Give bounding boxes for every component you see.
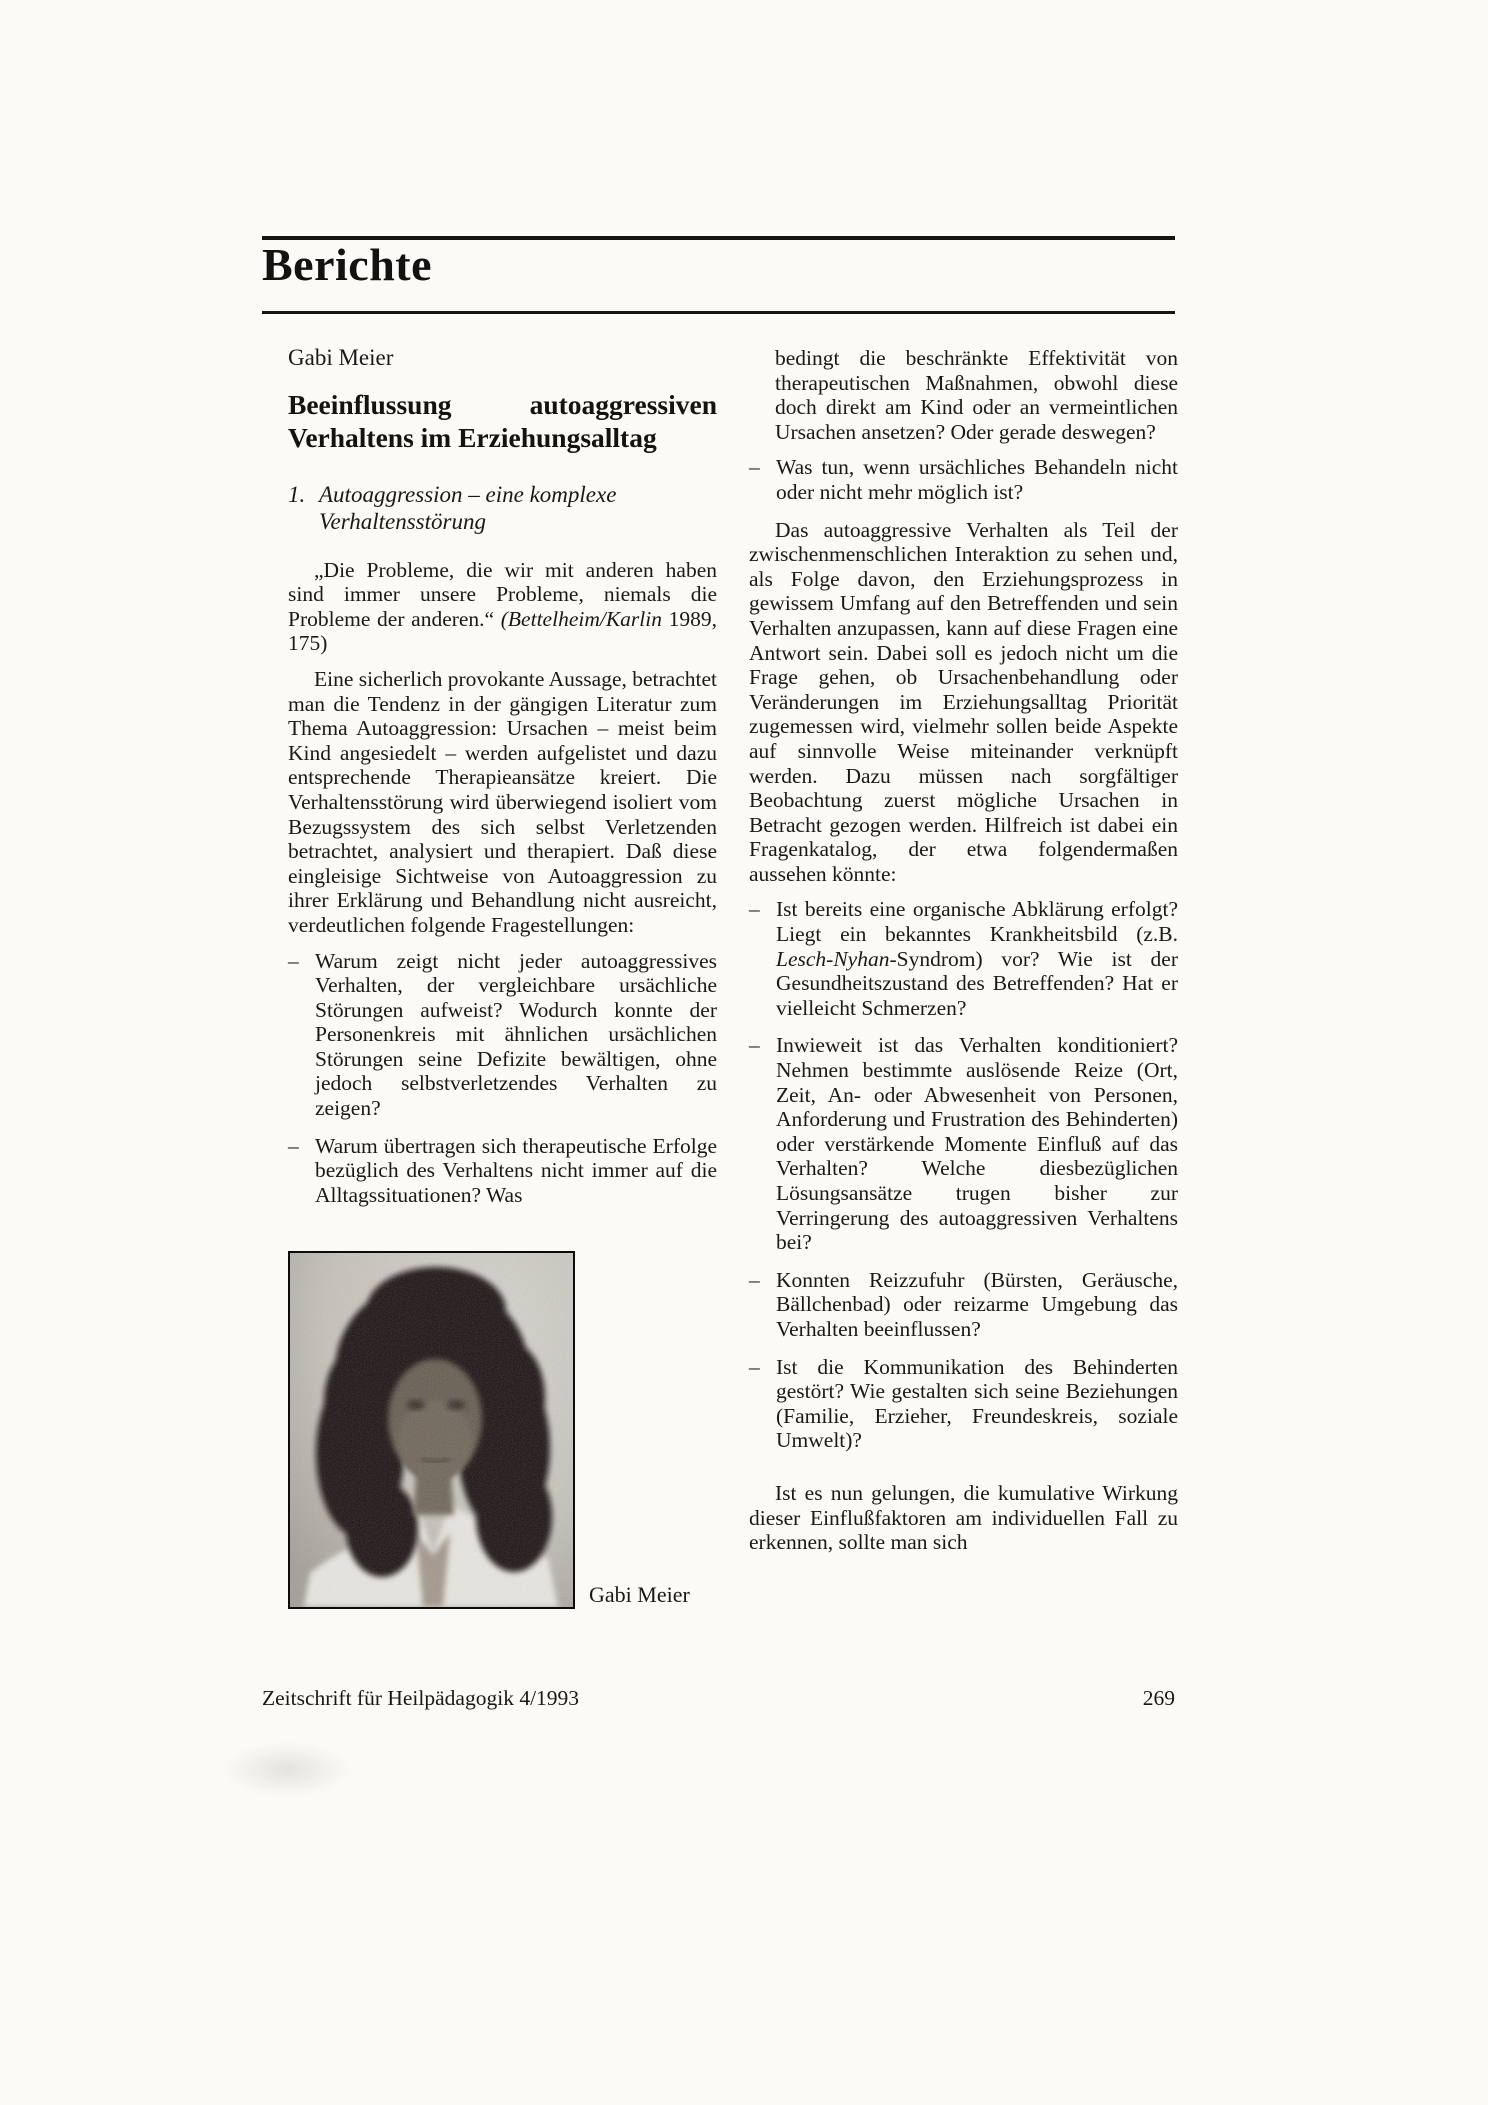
page-number: 269 <box>1143 1686 1175 1711</box>
section-heading-text: Autoaggression – eine komplexe Verhalten… <box>319 482 616 535</box>
paragraph-ist-es-nun: Ist es nun gelungen, die kumulative Wirk… <box>749 1481 1178 1555</box>
question-text: Warum zeigt nicht jeder autoaggressives … <box>315 949 717 1121</box>
article-title: Beeinflussung autoaggressiven Verhaltens… <box>288 388 717 455</box>
question-item-was-tun: – Was tun, wenn ursächliches Behandeln n… <box>749 455 1178 504</box>
syndrome-name: Lesch-Nyhan <box>776 947 889 971</box>
dash-marker: – <box>749 455 760 480</box>
author-photo <box>288 1251 575 1609</box>
header-rule-bottom <box>262 311 1175 314</box>
question-text: Was tun, wenn ursächliches Behandeln nic… <box>776 455 1178 504</box>
dash-marker: – <box>288 949 299 974</box>
dash-marker: – <box>749 1033 760 1058</box>
question-item-organische-abklaerung: – Ist bereits eine organische Abklärung … <box>749 897 1178 1020</box>
question-item-kommunikation: – Ist die Kommunikation des Behinderten … <box>749 1355 1178 1453</box>
paragraph-das-autoaggressive: Das autoaggressive Verhalten als Teil de… <box>749 518 1178 887</box>
author-name: Gabi Meier <box>288 346 717 371</box>
dash-marker: – <box>749 1355 760 1380</box>
journal-page: Berichte Gabi Meier Beeinflussung autoag… <box>0 0 1488 2105</box>
question-text-pre: Ist bereits eine organische Abklärung er… <box>776 897 1178 946</box>
scan-smudge <box>222 1742 352 1797</box>
dash-marker: – <box>288 1134 299 1159</box>
question-item-reizzufuhr: – Konnten Reizzufuhr (Bürsten, Geräusche… <box>749 1268 1178 1342</box>
question-item-konditioniert: – Inwieweit ist das Verhalten konditioni… <box>749 1033 1178 1254</box>
dash-marker: – <box>749 1268 760 1293</box>
quote-citation-authors: (Bettelheim/Karlin <box>501 607 662 631</box>
right-column: bedingt die beschränkte Effektivität von… <box>749 346 1178 1566</box>
dash-marker: – <box>749 897 760 922</box>
section-title: Berichte <box>262 238 432 291</box>
section-heading: 1. Autoaggression – eine komplexe Verhal… <box>288 481 717 536</box>
section-heading-number: 1. <box>288 481 305 509</box>
intro-paragraph: Eine sicherlich provokante Aussage, betr… <box>288 667 717 938</box>
journal-title: Zeitschrift für Heilpädagogik 4/1993 <box>262 1686 579 1711</box>
question-text: Ist die Kommunikation des Behinderten ge… <box>776 1355 1178 1453</box>
question-item-warum-uebertragen: – Warum übertragen sich therapeutische E… <box>288 1134 717 1208</box>
question-text: Inwieweit ist das Verhalten konditionier… <box>776 1033 1178 1254</box>
quote-paragraph: „Die Probleme, die wir mit anderen haben… <box>288 558 717 656</box>
photo-caption: Gabi Meier <box>589 1583 690 1610</box>
question-text: Warum übertragen sich therapeutische Erf… <box>315 1134 717 1207</box>
continuation-paragraph: bedingt die beschränkte Effektivität von… <box>749 346 1178 444</box>
photo-row: Gabi Meier <box>288 1251 717 1609</box>
page-footer: Zeitschrift für Heilpädagogik 4/1993 269 <box>262 1686 1175 1711</box>
left-column: Gabi Meier Beeinflussung autoaggressiven… <box>288 346 717 1609</box>
question-text: Konnten Reizzufuhr (Bürsten, Geräusche, … <box>776 1268 1178 1341</box>
question-item-warum-zeigt: – Warum zeigt nicht jeder autoaggressive… <box>288 949 717 1121</box>
portrait-illustration <box>290 1253 573 1607</box>
